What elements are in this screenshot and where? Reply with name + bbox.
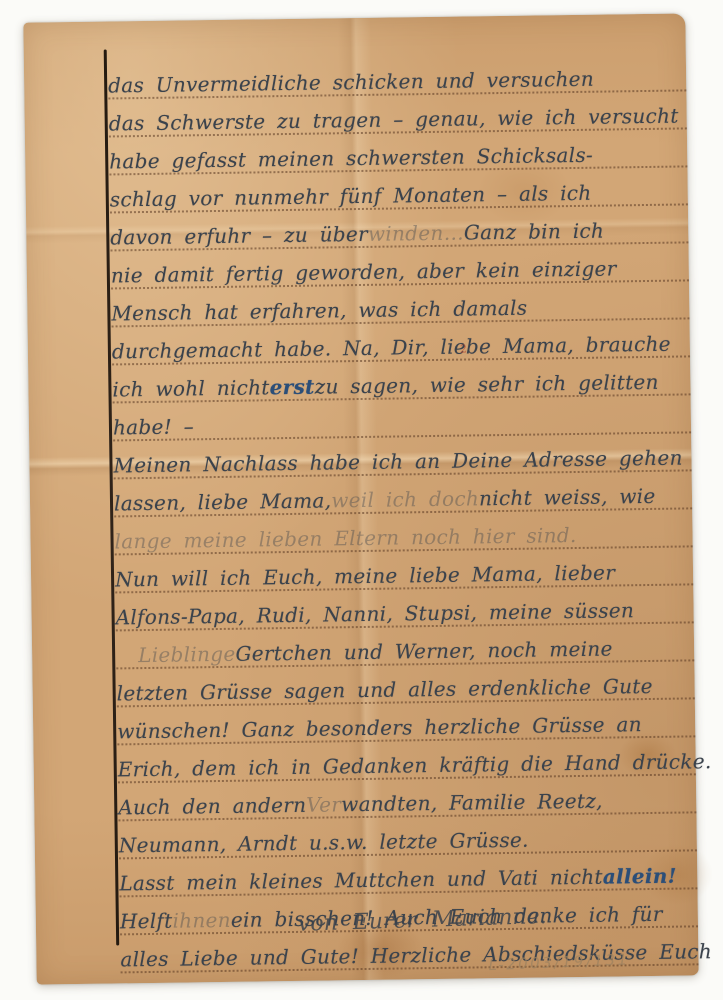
handwriting-segment: das Unvermeidliche schicken und versuche… (108, 68, 594, 97)
handwriting-segment: ihnen (172, 909, 231, 932)
handwriting-segment: wandten, Familie Reetz, (341, 790, 603, 816)
scanned-letter-photo: das Unvermeidliche schicken und versuche… (0, 0, 723, 1000)
handwriting-segment: Ganz bin ich (464, 220, 604, 244)
correction-mark: 2 (460, 343, 467, 356)
handwriting-segment: Gertchen und Werner, noch meine (235, 638, 612, 665)
handwriting-segment: lassen, liebe Mama, (114, 489, 332, 514)
handwriting-segment: habe! – (113, 415, 194, 438)
handwriting-segment: zu sagen, wie sehr ich gelitten (314, 371, 658, 398)
handwriting-segment: nicht weiss, wie (479, 485, 656, 509)
handwriting-segment: erst (270, 376, 315, 399)
letter-body: das Unvermeidliche schicken und versuche… (108, 53, 699, 973)
handwriting-segment: davon erfuhr – zu über (110, 223, 368, 249)
handwriting-segment: Neumann, Arndt u.s.w. letzte Grüsse. (119, 829, 529, 857)
letter-paper: das Unvermeidliche schicken und versuche… (23, 13, 698, 984)
handwriting-segment: allein! (603, 865, 677, 888)
handwriting-segment: Auch den andern (118, 794, 306, 819)
handwriting-segment: Lasst mein kleines Muttchen und Vati nic… (119, 866, 603, 895)
handwriting-segment: winden… (368, 222, 464, 245)
handwriting-segment: habe gefasst meinen schwersten Schicksal… (109, 144, 593, 173)
handwriting-segment: Alfons-Papa, Rudi, Nanni, Stupsi, meine … (115, 599, 634, 628)
handwriting-segment: Nun will ich Euch, meine liebe Mama, lie… (115, 561, 615, 590)
handwriting-segment: wünschen! Ganz besonders herzliche Grüss… (117, 713, 642, 742)
handwriting-segment: Mensch hat erfahren, was ich damals (111, 297, 527, 325)
handwriting-segment: Lieblinge (138, 643, 236, 666)
handwriting-segment: letzten Grüsse sagen und alles erdenklic… (117, 675, 653, 704)
handwriting-segment: weil ich doch (331, 487, 479, 511)
handwriting-segment: schlag vor nunmehr fünf Monaten – als ic… (110, 182, 592, 211)
handwriting-segment: Helft (120, 910, 173, 933)
handwriting-segment: ich wohl nicht (112, 376, 270, 400)
handwriting-segment: alles Liebe und Gute! Herzliche Abschied… (120, 939, 723, 970)
handwriting-segment: lange meine lieben Eltern noch hier sind… (114, 524, 576, 552)
handwriting-segment: Ver (306, 793, 341, 815)
handwriting-segment: nie damit fertig geworden, aber kein ein… (111, 257, 617, 286)
